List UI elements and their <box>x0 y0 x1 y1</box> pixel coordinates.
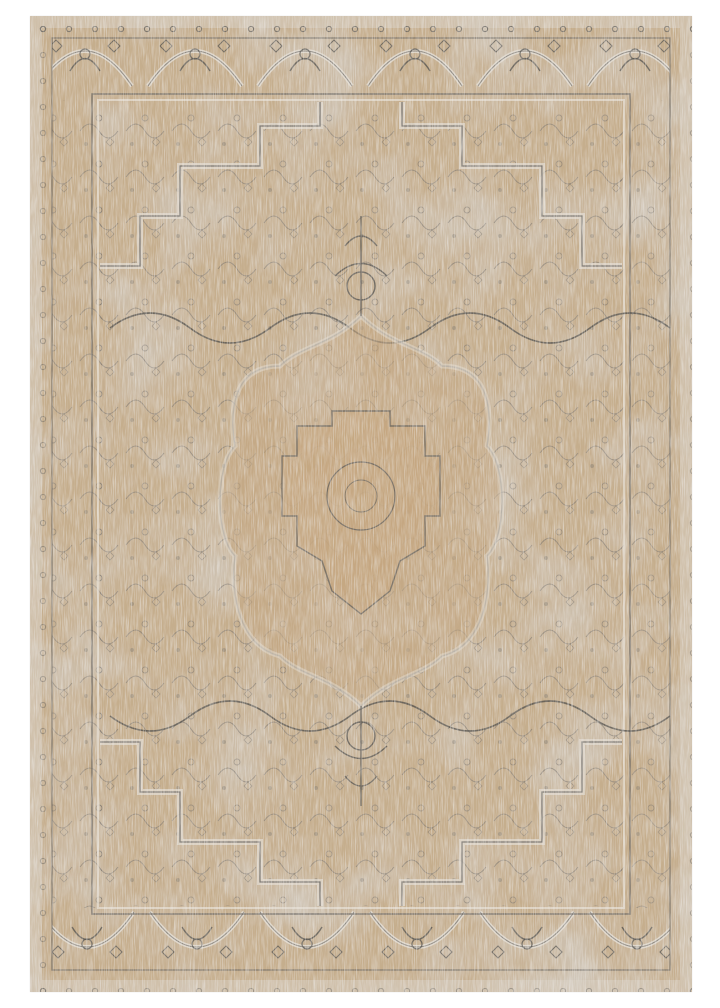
rug <box>30 16 692 992</box>
rug-pattern <box>30 16 692 992</box>
photo-background <box>0 0 720 1008</box>
